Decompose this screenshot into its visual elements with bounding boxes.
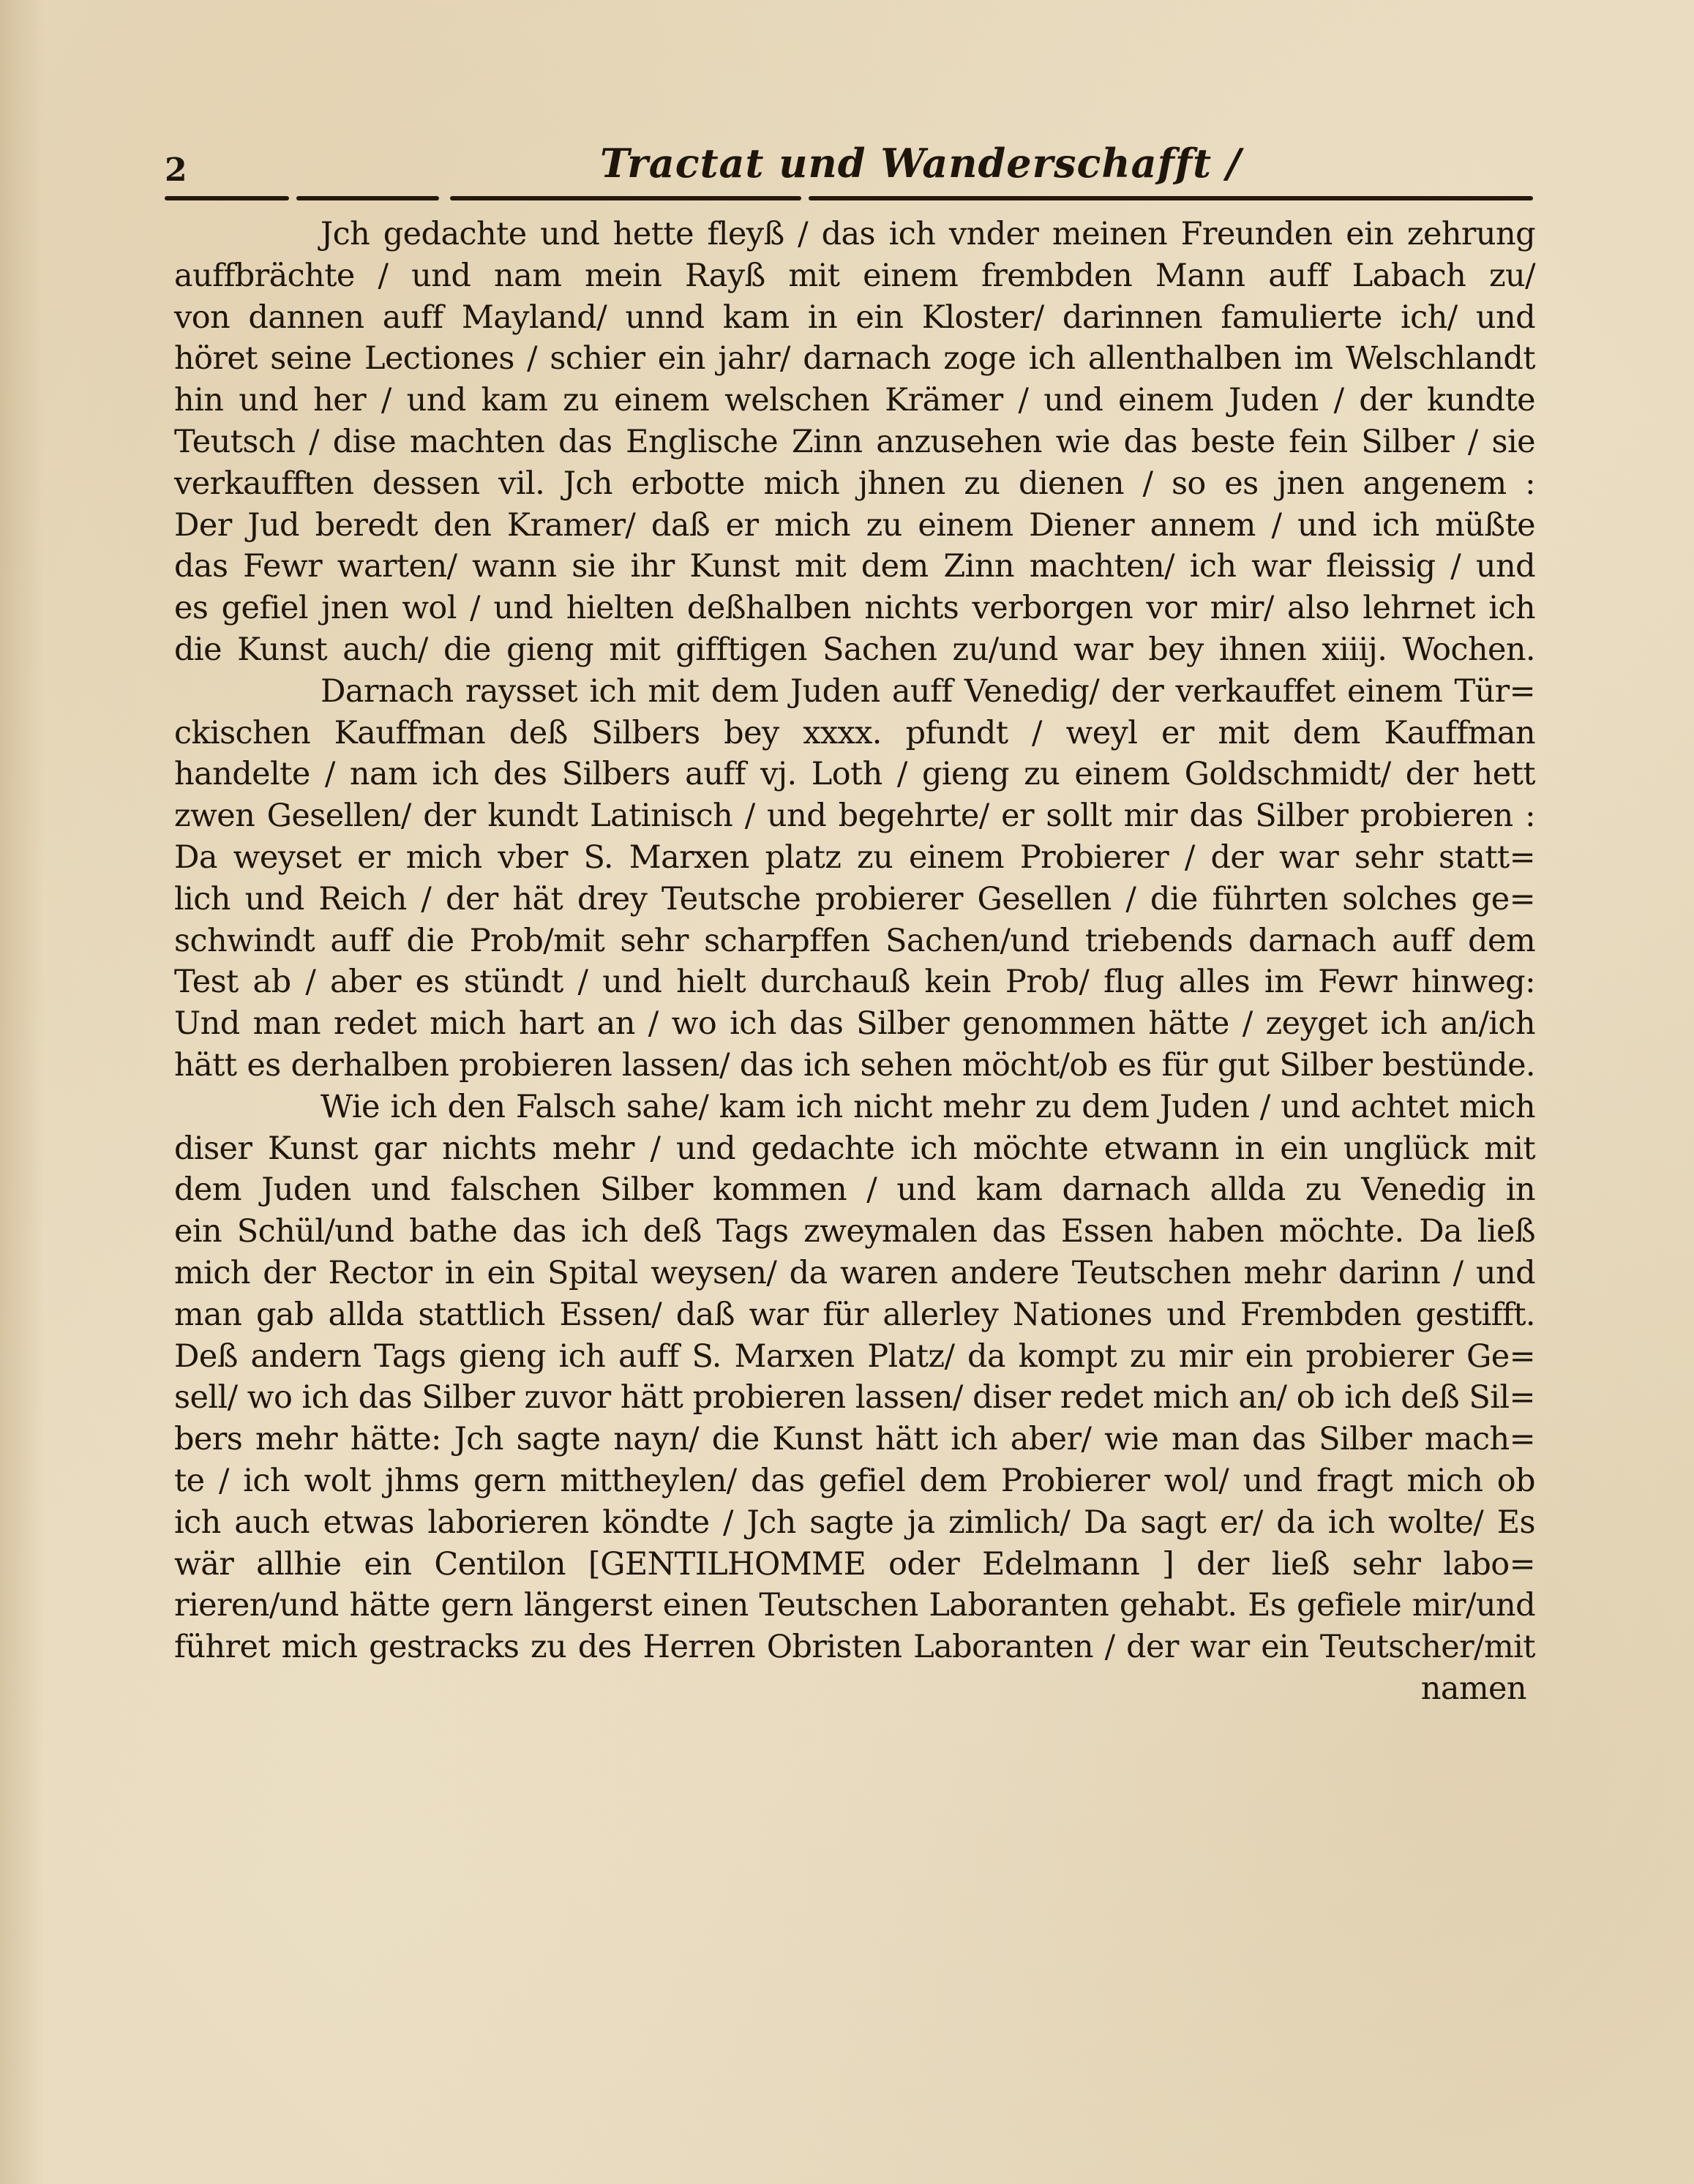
text-line: höret seine Lectiones / schier ein jahr/… (174, 338, 1535, 380)
text-line: Teutsch / dise machten das Englische Zin… (174, 421, 1535, 463)
header-rule (165, 196, 1533, 202)
text-line: hätt es derhalben probieren lassen/ das … (174, 1045, 1535, 1087)
text-line: man gab allda stattlich Essen/ daß war f… (174, 1294, 1535, 1336)
text-line: rieren/und hätte gern längerst einen Teu… (174, 1585, 1535, 1626)
text-line: bers mehr hätte: Jch sagte nayn/ die Kun… (174, 1419, 1535, 1460)
text-line: diser Kunst gar nichts mehr / und gedach… (174, 1128, 1535, 1170)
catchword: namen (174, 1668, 1535, 1710)
text-line: zwen Gesellen/ der kundt Latinisch / und… (174, 795, 1535, 837)
text-line: verkaufften dessen vil. Jch erbotte mich… (174, 463, 1535, 505)
text-line: führet mich gestracks zu des Herren Obri… (174, 1626, 1535, 1668)
text-line: mich der Rector in ein Spital weysen/ da… (174, 1253, 1535, 1294)
page-header: 2 Tractat und Wanderschafft / (165, 135, 1533, 194)
rule-segment (809, 196, 1533, 200)
text-line: handelte / nam ich des Silbers auff vj. … (174, 754, 1535, 795)
text-line: dem Juden und falschen Silber kommen / u… (174, 1169, 1535, 1211)
text-line: Da weyset er mich vber S. Marxen platz z… (174, 837, 1535, 879)
text-line: das Fewr warten/ wann sie ihr Kunst mit … (174, 546, 1535, 588)
page-number: 2 (165, 151, 187, 189)
text-line: Jch gedachte und hette fleyß / das ich v… (174, 214, 1535, 255)
text-line: Der Jud beredt den Kramer/ daß er mich z… (174, 505, 1535, 547)
text-line: ckischen Kauffman deß Silbers bey xxxx. … (174, 713, 1535, 754)
text-line: wär allhie ein Centilon [GENTILHOMME ode… (174, 1544, 1535, 1586)
text-line: Darnach raysset ich mit dem Juden auff V… (174, 671, 1535, 713)
text-line: Deß andern Tags gieng ich auff S. Marxen… (174, 1336, 1535, 1378)
text-line: von dannen auff Mayland/ unnd kam in ein… (174, 297, 1535, 339)
text-line: ein Schül/und bathe das ich deß Tags zwe… (174, 1211, 1535, 1253)
text-line: hin und her / und kam zu einem welschen … (174, 380, 1535, 421)
text-line: sell/ wo ich das Silber zuvor hätt probi… (174, 1377, 1535, 1419)
rule-segment (165, 196, 289, 200)
text-line: auffbrächte / und nam mein Rayß mit eine… (174, 255, 1535, 297)
running-head: Tractat und Wanderschafft / (600, 140, 1242, 187)
gutter-shadow (0, 0, 44, 2184)
text-line: es gefiel jnen wol / und hielten deßhalb… (174, 588, 1535, 629)
text-line: Wie ich den Falsch sahe/ kam ich nicht m… (174, 1087, 1535, 1128)
text-line: te / ich wolt jhms gern mittheylen/ das … (174, 1460, 1535, 1502)
text-line: Und man redet mich hart an / wo ich das … (174, 1003, 1535, 1045)
text-line: lich und Reich / der hät drey Teutsche p… (174, 879, 1535, 920)
rule-segment (296, 196, 439, 200)
text-line: ich auch etwas laborieren köndte / Jch s… (174, 1502, 1535, 1544)
body-text: Jch gedachte und hette fleyß / das ich v… (174, 214, 1535, 1710)
text-line: schwindt auff die Prob/mit sehr scharpff… (174, 920, 1535, 962)
rule-segment (450, 196, 801, 200)
text-line: die Kunst auch/ die gieng mit gifftigen … (174, 629, 1535, 671)
text-line: Test ab / aber es stündt / und hielt dur… (174, 961, 1535, 1003)
